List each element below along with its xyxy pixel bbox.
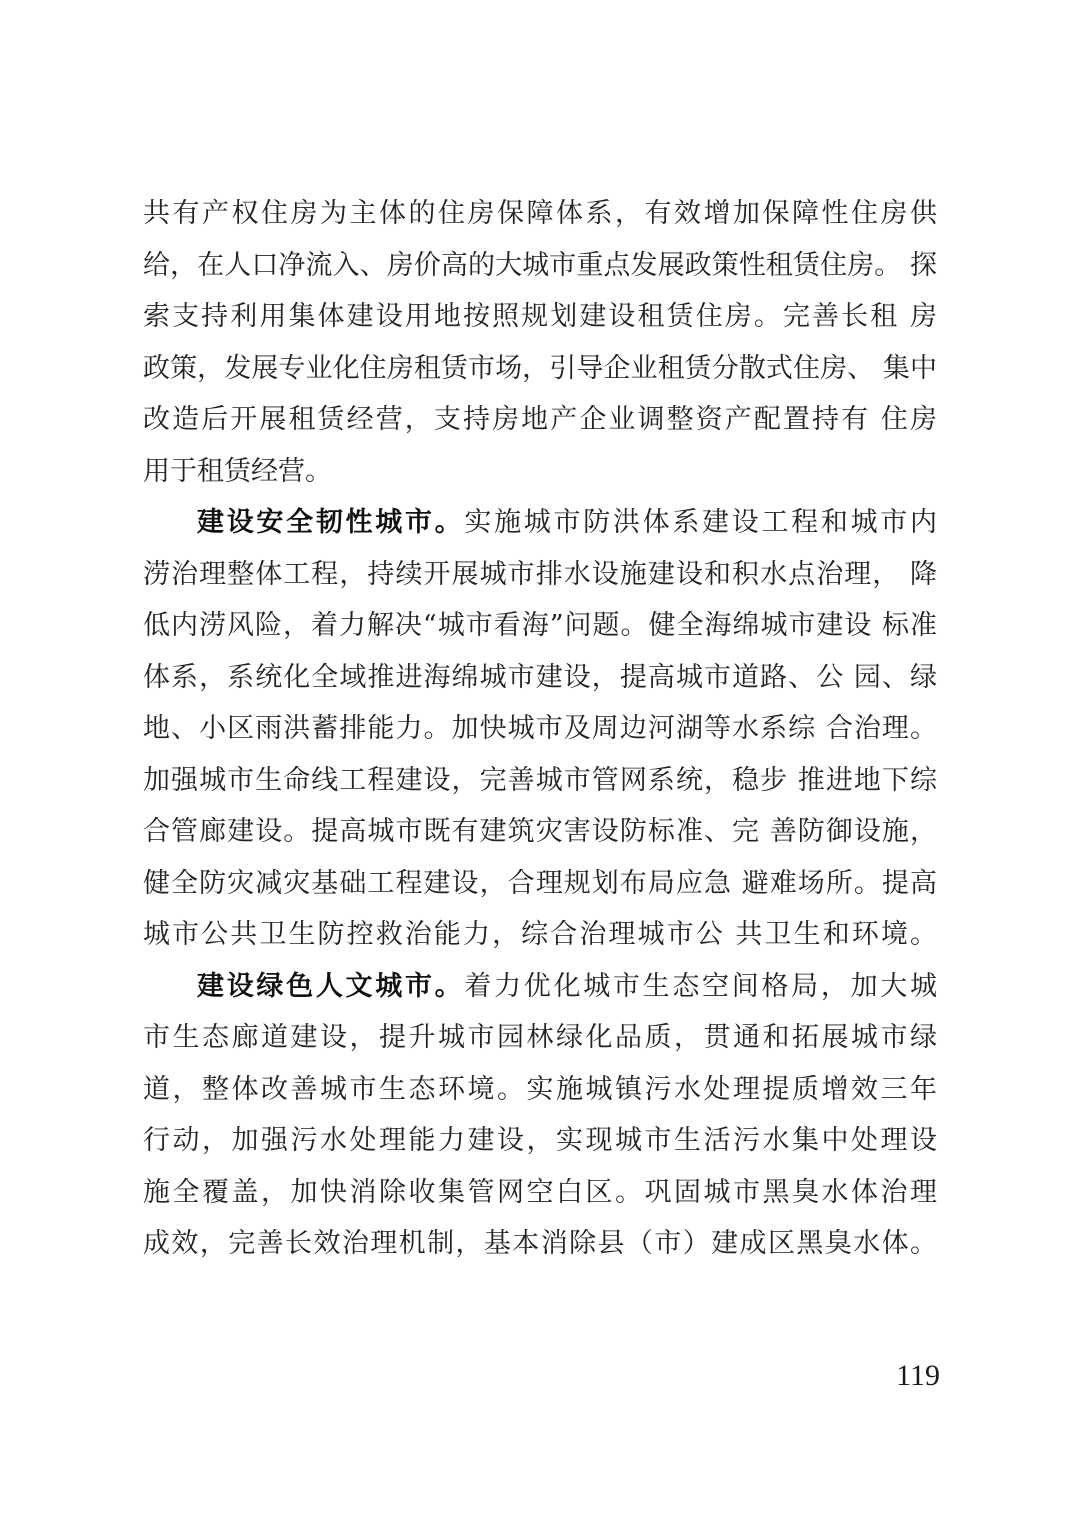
paragraph-heading: 建设安全韧性城市。 xyxy=(197,507,464,538)
document-page: 共有产权住房为主体的住房保障体系，有效增加保障性住房供给，在人口净流入、房价高的… xyxy=(0,0,1080,1527)
text-line: 涝治理整体工程，持续开展城市排水设施建设和积水点治理， 降 xyxy=(143,549,937,601)
text-line: 低内涝风险，着力解决“城市看海”问题。健全海绵城市建设 标准 xyxy=(143,600,937,652)
resilient-city-paragraph: 建设安全韧性城市。实施城市防洪体系建设工程和城市内涝治理整体工程，持续开展城市排… xyxy=(143,497,937,961)
text-line: 政策，发展专业化住房租赁市场，引导企业租赁分散式住房、 集中 xyxy=(143,343,937,395)
text-line: 建设安全韧性城市。实施城市防洪体系建设工程和城市内 xyxy=(143,497,937,549)
text-line: 成效，完善长效治理机制，基本消除县（市）建成区黑臭水体。 xyxy=(143,1218,937,1270)
text-line: 地、小区雨洪蓄排能力。加快城市及周边河湖等水系综 合治理。 xyxy=(143,703,937,755)
text-line: 市生态廊道建设，提升城市园林绿化品质，贯通和拓展城市绿 xyxy=(143,1012,937,1064)
text-line: 体系，系统化全域推进海绵城市建设，提高城市道路、公 园、绿 xyxy=(143,652,937,704)
paragraph-heading: 建设绿色人文城市。 xyxy=(197,971,464,1002)
text-line: 索支持利用集体建设用地按照规划建设租赁住房。完善长租 房 xyxy=(143,291,937,343)
text-line: 施全覆盖，加快消除收集管网空白区。巩固城市黑臭水体治理 xyxy=(143,1167,937,1219)
text-line: 城市公共卫生防控救治能力，综合治理城市公 共卫生和环境。 xyxy=(143,909,937,961)
green-humanistic-city-paragraph: 建设绿色人文城市。着力优化城市生态空间格局，加大城市生态廊道建设，提升城市园林绿… xyxy=(143,961,937,1270)
housing-rental-paragraph: 共有产权住房为主体的住房保障体系，有效增加保障性住房供给，在人口净流入、房价高的… xyxy=(143,188,937,497)
text-line: 合管廊建设。提高城市既有建筑灾害设防标准、完 善防御设施， xyxy=(143,806,937,858)
text-line: 给，在人口净流入、房价高的大城市重点发展政策性租赁住房。 探 xyxy=(143,240,937,292)
text-line: 建设绿色人文城市。着力优化城市生态空间格局，加大城 xyxy=(143,961,937,1013)
text-line: 行动，加强污水处理能力建设，实现城市生活污水集中处理设 xyxy=(143,1115,937,1167)
text-line: 改造后开展租赁经营，支持房地产企业调整资产配置持有 住房 xyxy=(143,394,937,446)
page-number: 119 xyxy=(896,1358,940,1394)
document-body: 共有产权住房为主体的住房保障体系，有效增加保障性住房供给，在人口净流入、房价高的… xyxy=(143,188,937,1270)
text-line: 加强城市生命线工程建设，完善城市管网系统，稳步 推进地下综 xyxy=(143,755,937,807)
text-line: 共有产权住房为主体的住房保障体系，有效增加保障性住房供 xyxy=(143,188,937,240)
text-line: 用于租赁经营。 xyxy=(143,446,937,498)
text-line: 道，整体改善城市生态环境。实施城镇污水处理提质增效三年 xyxy=(143,1064,937,1116)
text-line: 健全防灾减灾基础工程建设，合理规划布局应急 避难场所。提高 xyxy=(143,858,937,910)
